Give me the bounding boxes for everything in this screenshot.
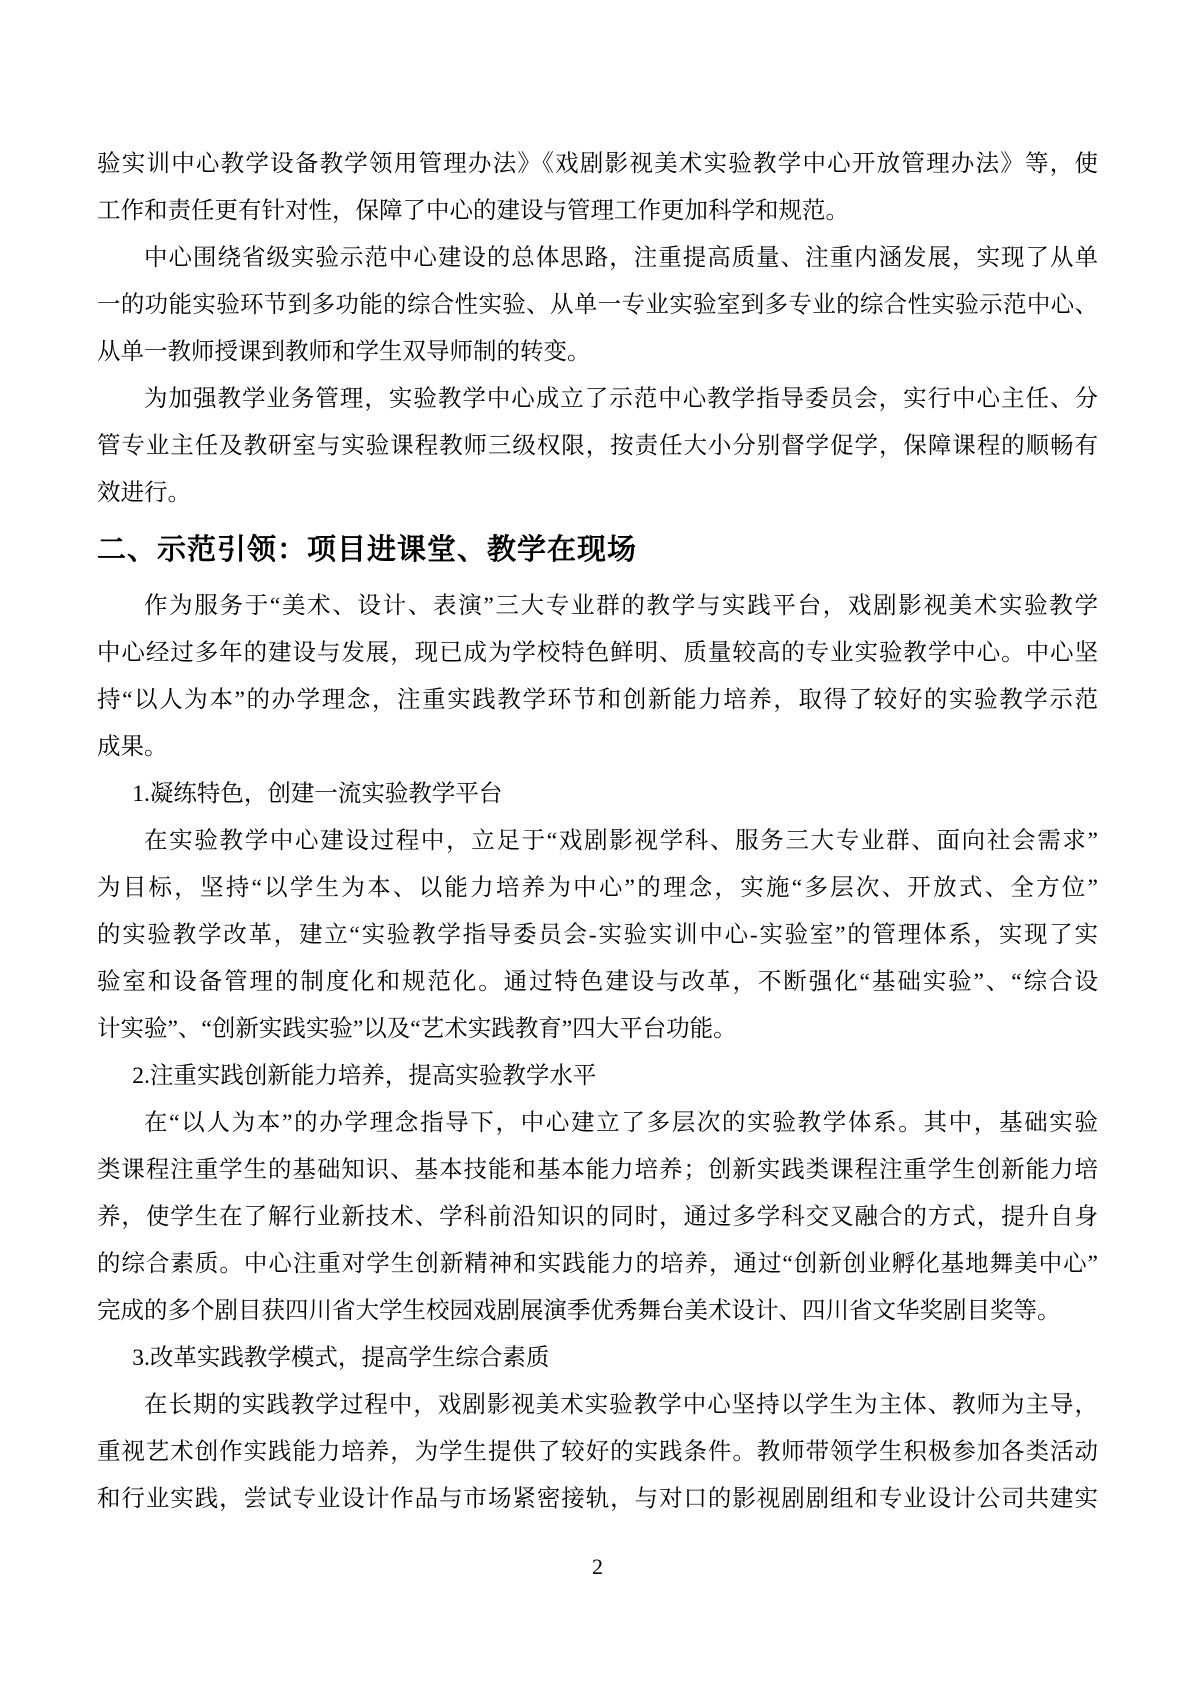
text-line: 的实验教学改革，建立“实验教学指导委员会-实验实训中心-实验室”的管理体系，实现… — [97, 912, 1098, 959]
text-line: 持“以人为本”的办学理念，注重实践教学环节和创新能力培养，取得了较好的实验教学示… — [97, 677, 1098, 724]
text-line: 一的功能实验环节到多功能的综合性实验、从单一专业实验室到多专业的综合性实验示范中… — [97, 282, 1098, 329]
text-line: 成果。 — [97, 724, 1098, 771]
paragraph: 1.凝练特色，创建一流实验教学平台 — [97, 771, 1098, 818]
paragraph: 中心围绕省级实验示范中心建设的总体思路，注重提高质量、注重内涵发展，实现了从单一… — [97, 235, 1098, 376]
text-line: 完成的多个剧目获四川省大学生校园戏剧展演季优秀舞台美术设计、四川省文华奖剧目奖等… — [97, 1288, 1098, 1335]
text-line: 为目标，坚持“以学生为本、以能力培养为中心”的理念，实施“多层次、开放式、全方位… — [97, 865, 1098, 912]
text-line: 3.改革实践教学模式，提高学生综合素质 — [97, 1335, 1098, 1382]
text-line: 为加强教学业务管理，实验教学中心成立了示范中心教学指导委员会，实行中心主任、分 — [97, 376, 1098, 423]
text-line: 和行业实践，尝试专业设计作品与市场紧密接轨，与对口的影视剧剧组和专业设计公司共建… — [97, 1476, 1098, 1523]
text-line: 1.凝练特色，创建一流实验教学平台 — [97, 771, 1098, 818]
text-line: 从单一教师授课到教师和学生双导师制的转变。 — [97, 329, 1098, 376]
paragraph: 在实验教学中心建设过程中，立足于“戏剧影视学科、服务三大专业群、面向社会需求”为… — [97, 818, 1098, 1053]
page-footer: 2 — [97, 1552, 1098, 1582]
text-line: 在实验教学中心建设过程中，立足于“戏剧影视学科、服务三大专业群、面向社会需求” — [97, 818, 1098, 865]
paragraph: 3.改革实践教学模式，提高学生综合素质 — [97, 1335, 1098, 1382]
paragraph: 2.注重实践创新能力培养，提高实验教学水平 — [97, 1053, 1098, 1100]
text-line: 计实验”、“创新实践实验”以及“艺术实践教育”四大平台功能。 — [97, 1006, 1098, 1053]
text-line: 养，使学生在了解行业新技术、学科前沿知识的同时，通过多学科交叉融合的方式，提升自… — [97, 1194, 1098, 1241]
paragraph: 为加强教学业务管理，实验教学中心成立了示范中心教学指导委员会，实行中心主任、分管… — [97, 376, 1098, 517]
text-line: 验实训中心教学设备教学领用管理办法》《戏剧影视美术实验教学中心开放管理办法》等，… — [97, 141, 1098, 188]
text-line: 2.注重实践创新能力培养，提高实验教学水平 — [97, 1053, 1098, 1100]
paragraph: 在“以人为本”的办学理念指导下，中心建立了多层次的实验教学体系。其中，基础实验类… — [97, 1100, 1098, 1335]
paragraph: 作为服务于“美术、设计、表演”三大专业群的教学与实践平台，戏剧影视美术实验教学中… — [97, 583, 1098, 771]
text-line: 效进行。 — [97, 470, 1098, 517]
text-line: 验室和设备管理的制度化和规范化。通过特色建设与改革，不断强化“基础实验”、“综合… — [97, 959, 1098, 1006]
text-line: 重视艺术创作实践能力培养，为学生提供了较好的实践条件。教师带领学生积极参加各类活… — [97, 1429, 1098, 1476]
text-line: 作为服务于“美术、设计、表演”三大专业群的教学与实践平台，戏剧影视美术实验教学 — [97, 583, 1098, 630]
document-content: 验实训中心教学设备教学领用管理办法》《戏剧影视美术实验教学中心开放管理办法》等，… — [97, 141, 1098, 1523]
text-line: 在长期的实践教学过程中，戏剧影视美术实验教学中心坚持以学生为主体、教师为主导， — [97, 1382, 1098, 1429]
paragraph: 在长期的实践教学过程中，戏剧影视美术实验教学中心坚持以学生为主体、教师为主导，重… — [97, 1382, 1098, 1523]
text-line: 管专业主任及教研室与实验课程教师三级权限，按责任大小分别督学促学，保障课程的顺畅… — [97, 423, 1098, 470]
page-number: 2 — [592, 1554, 603, 1579]
text-line: 中心围绕省级实验示范中心建设的总体思路，注重提高质量、注重内涵发展，实现了从单 — [97, 235, 1098, 282]
text-line: 中心经过多年的建设与发展，现已成为学校特色鲜明、质量较高的专业实验教学中心。中心… — [97, 630, 1098, 677]
text-line: 类课程注重学生的基础知识、基本技能和基本能力培养；创新实践类课程注重学生创新能力… — [97, 1147, 1098, 1194]
text-line: 工作和责任更有针对性，保障了中心的建设与管理工作更加科学和规范。 — [97, 188, 1098, 235]
paragraph: 验实训中心教学设备教学领用管理办法》《戏剧影视美术实验教学中心开放管理办法》等，… — [97, 141, 1098, 235]
text-line: 的综合素质。中心注重对学生创新精神和实践能力的培养，通过“创新创业孵化基地舞美中… — [97, 1241, 1098, 1288]
text-line: 在“以人为本”的办学理念指导下，中心建立了多层次的实验教学体系。其中，基础实验 — [97, 1100, 1098, 1147]
section-heading: 二、示范引领：项目进课堂、教学在现场 — [97, 517, 1098, 583]
document-page: 验实训中心教学设备教学领用管理办法》《戏剧影视美术实验教学中心开放管理办法》等，… — [0, 0, 1191, 1684]
